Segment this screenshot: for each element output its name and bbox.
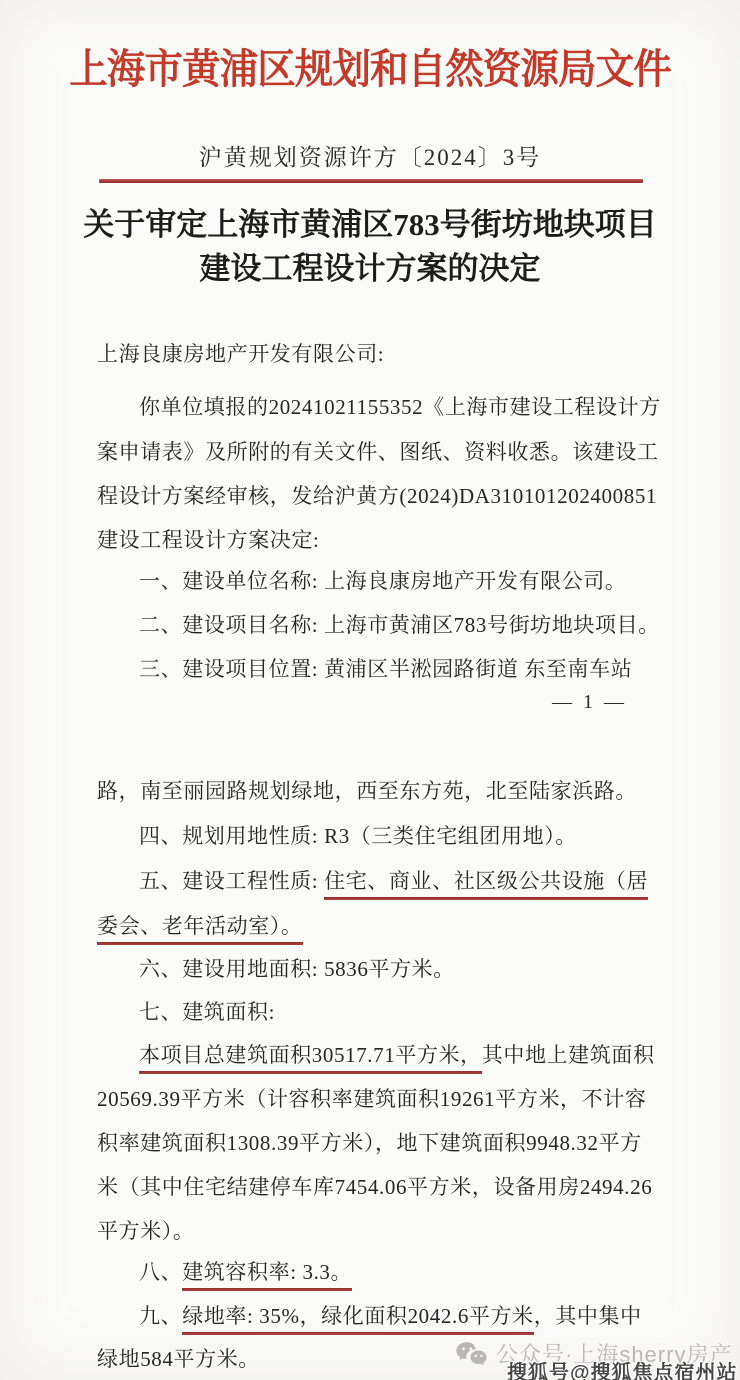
red-separator-rule xyxy=(99,179,643,183)
item-project-nature-continuation: 委会、老年活动室）。 xyxy=(97,913,303,939)
salutation: 上海良康房地产开发有限公司: xyxy=(97,341,384,367)
document-page: 上海市黄浦区规划和自然资源局文件 沪黄规划资源许方〔2024〕3号 关于审定上海… xyxy=(0,0,740,1380)
decision-title-line2: 建设工程设计方案的决定 xyxy=(0,246,740,291)
intro-line-3: 程设计方案经审核，发给沪黄方(2024)DA310101202400851 xyxy=(97,483,657,509)
intro-line-4: 建设工程设计方案决定: xyxy=(97,527,319,553)
floor-area-line-5: 平方米）。 xyxy=(97,1218,195,1244)
item-plot-ratio: 八、建筑容积率: 3.3。 xyxy=(139,1259,352,1285)
intro-line-2: 案申请表》及所附的有关文件、图纸、资料收悉。该建设工 xyxy=(97,439,659,465)
item-green-ratio: 九、绿地率: 35%，绿化面积2042.6平方米，其中集中 xyxy=(139,1303,642,1329)
location-continuation: 路，南至丽园路规划绿地，西至东方苑，北至陆家浜路。 xyxy=(97,778,637,804)
item-plot-ratio-label: 八、 xyxy=(139,1260,182,1284)
floor-area-line-1: 本项目总建筑面积30517.71平方米，其中地上建筑面积 xyxy=(139,1042,655,1068)
wechat-icon xyxy=(455,1340,488,1368)
item-plot-ratio-underlined: 建筑容积率: 3.3。 xyxy=(182,1260,352,1291)
item-floor-area-heading: 七、建筑面积: xyxy=(139,999,275,1025)
agency-header-title: 上海市黄浦区规划和自然资源局文件 xyxy=(22,36,718,95)
item-project-name: 二、建设项目名称: 上海市黄浦区783号街坊地块项目。 xyxy=(139,612,660,638)
sohu-watermark-text: 搜狐号@搜狐焦点宿州站 xyxy=(507,1356,738,1380)
floor-area-line-4: 米（其中住宅结建停车库7454.06平方米，设备用房2494.26 xyxy=(97,1174,652,1200)
item-green-ratio-label: 九、 xyxy=(139,1304,182,1328)
item-project-nature-underlined: 住宅、商业、社区级公共设施（居 xyxy=(324,869,648,900)
item-land-use-nature: 四、规划用地性质: R3（三类住宅组团用地）。 xyxy=(139,823,577,849)
decision-title-line1: 关于审定上海市黄浦区783号街坊地块项目 xyxy=(0,202,740,247)
doc-number: 沪黄规划资源许方〔2024〕3号 xyxy=(0,139,740,172)
item-project-nature: 五、建设工程性质: 住宅、商业、社区级公共设施（居 xyxy=(139,868,648,894)
floor-area-line-3: 积率建筑面积1308.39平方米），地下建筑面积9948.32平方 xyxy=(97,1130,642,1156)
item-land-area: 六、建设用地面积: 5836平方米。 xyxy=(139,956,455,982)
page-number: — 1 — xyxy=(552,691,627,714)
item-green-ratio-rest: ，其中集中 xyxy=(534,1304,642,1328)
item-green-ratio-underlined: 绿地率: 35%，绿化面积2042.6平方米 xyxy=(182,1304,534,1335)
floor-area-line-1-rest: 其中地上建筑面积 xyxy=(482,1043,655,1067)
total-floor-area-underlined: 本项目总建筑面积30517.71平方米， xyxy=(139,1043,482,1074)
item-project-location: 三、建设项目位置: 黄浦区半淞园路街道 东至南车站 xyxy=(139,656,632,682)
item-project-nature-label: 五、建设工程性质: xyxy=(139,869,324,893)
item-project-nature-cont-underlined: 委会、老年活动室）。 xyxy=(97,914,303,945)
intro-line-1: 你单位填报的20241021155352《上海市建设工程设计方 xyxy=(139,394,661,420)
item-construction-unit: 一、建设单位名称: 上海良康房地产开发有限公司。 xyxy=(139,568,626,594)
floor-area-line-2: 20569.39平方米（计容积率建筑面积19261平方米，不计容 xyxy=(97,1086,646,1112)
green-area-continuation: 绿地584平方米。 xyxy=(97,1346,260,1372)
